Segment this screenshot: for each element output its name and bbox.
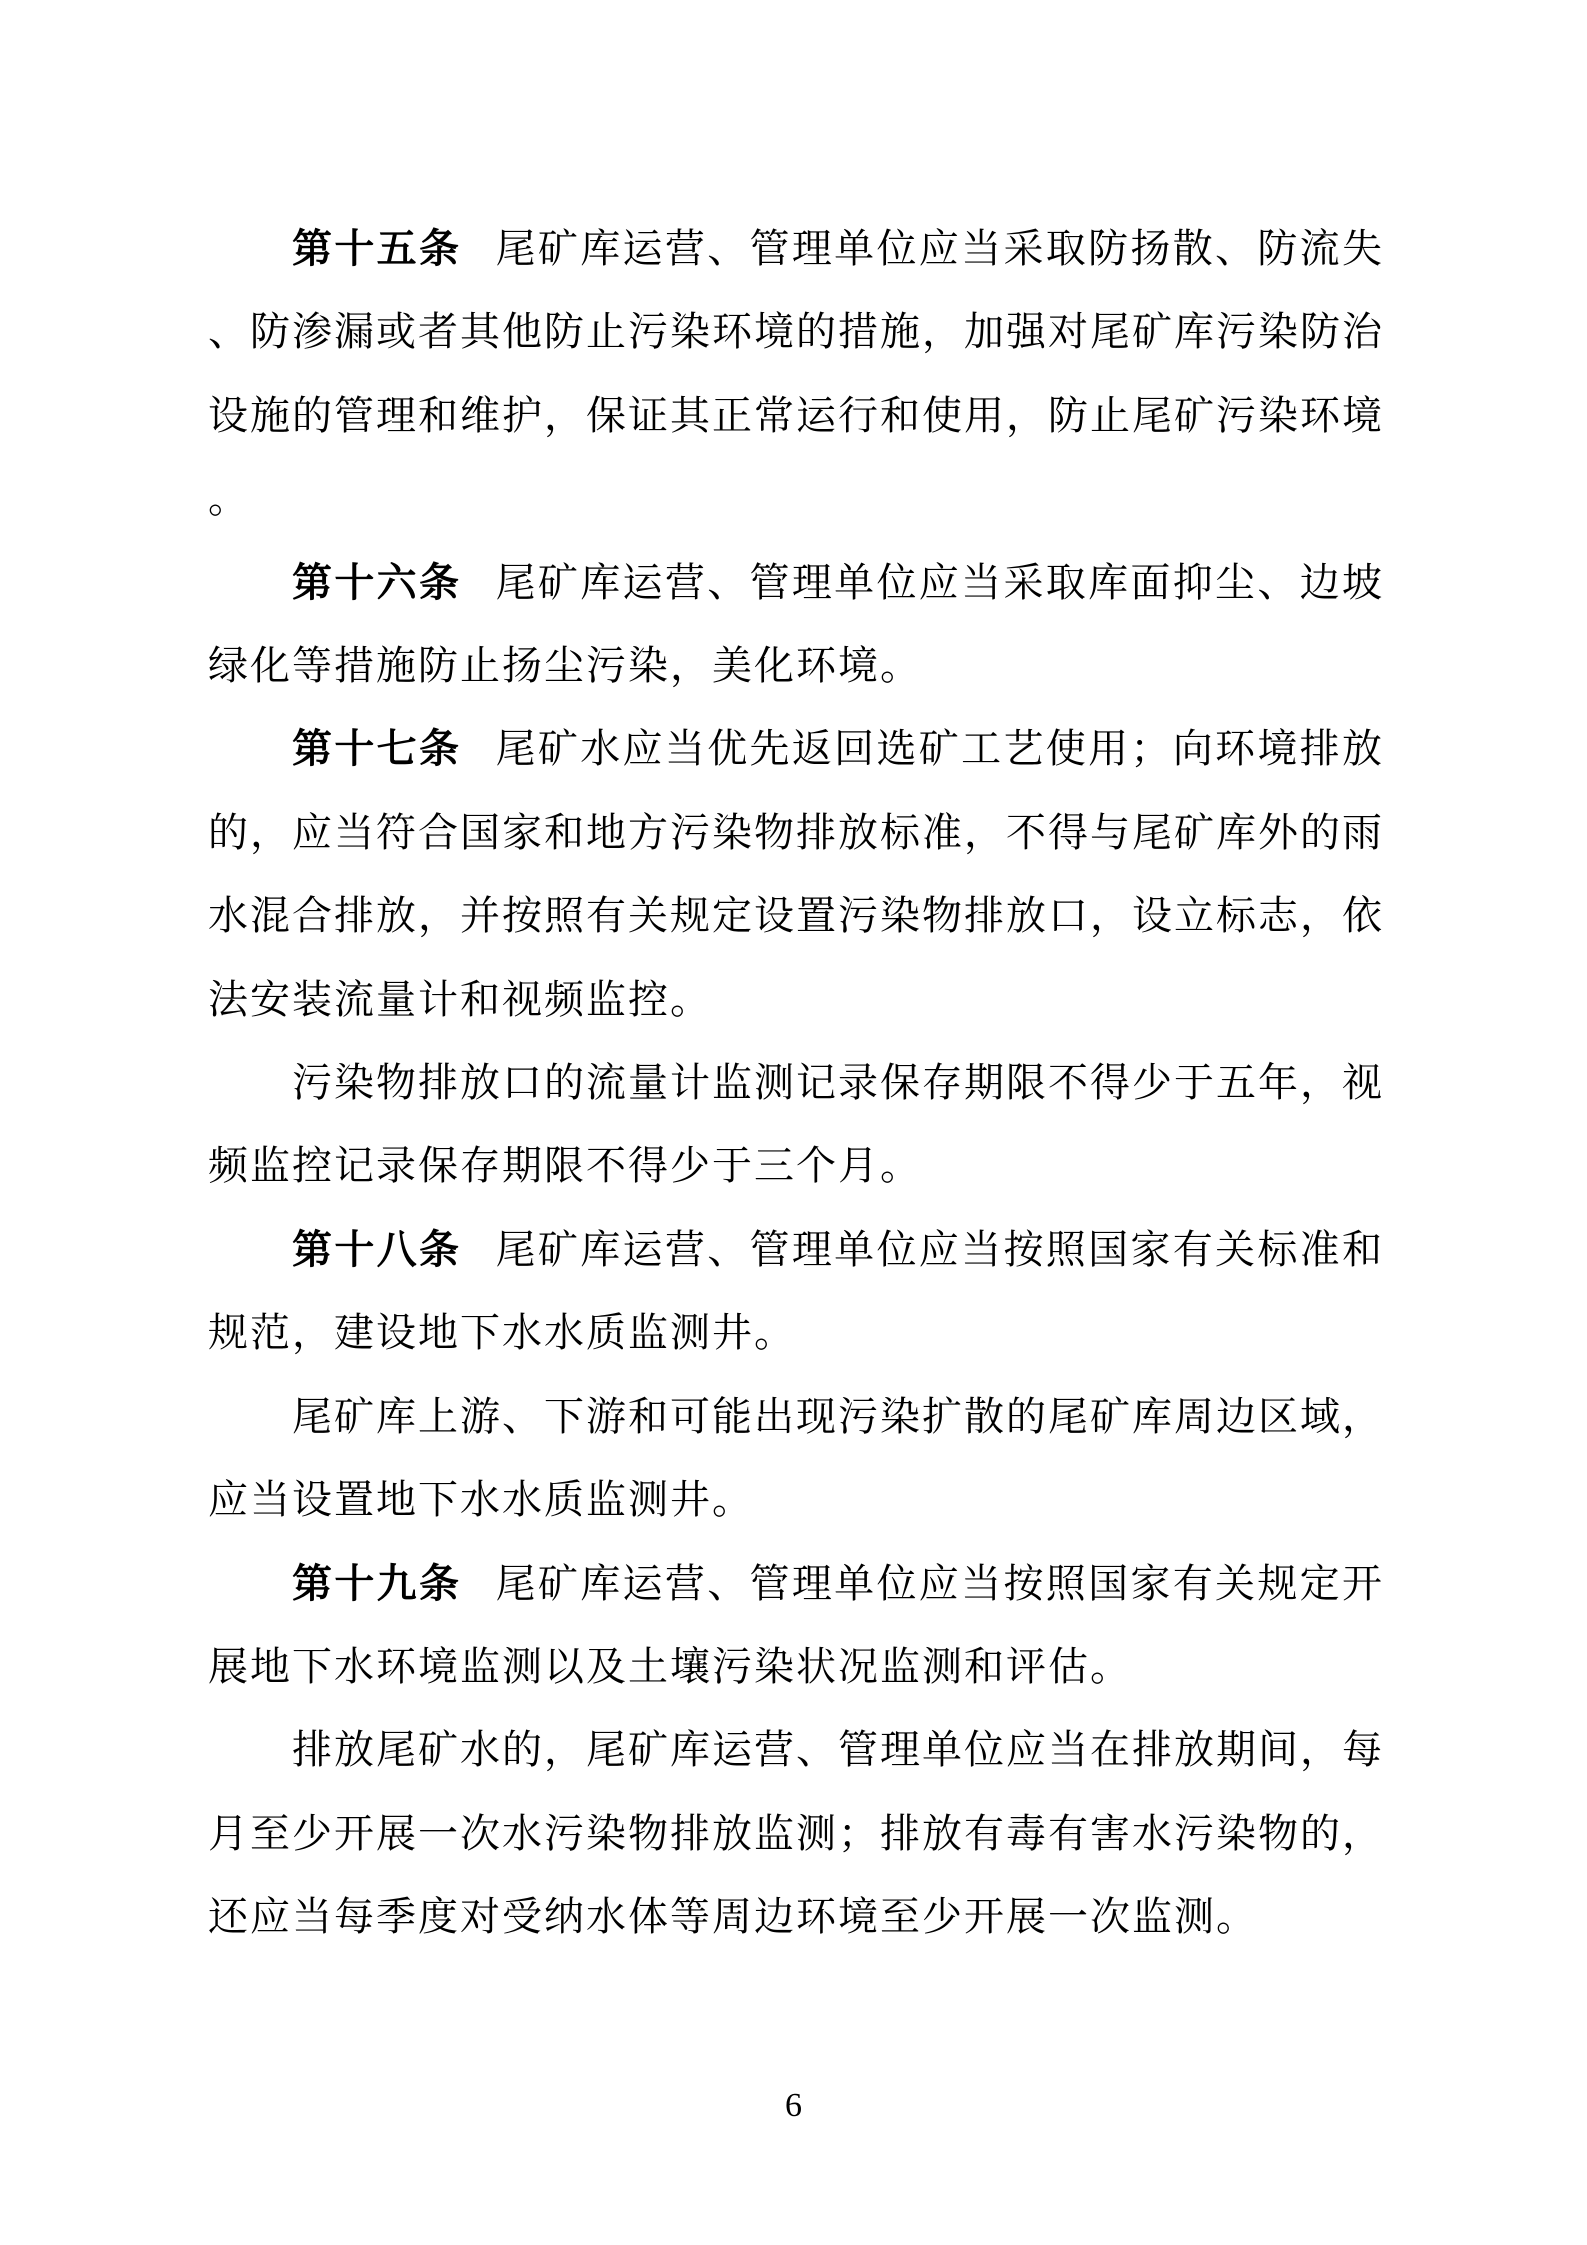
- article-label: 第十九条: [292, 1561, 461, 1607]
- article-19: 第十九条尾矿库运营、管理单位应当按照国家有关规定开展地下水环境监测以及土壤污染状…: [208, 1543, 1384, 1710]
- article-label: 第十八条: [292, 1227, 461, 1273]
- document-body: 第十五条尾矿库运营、管理单位应当采取防扬散、防流失、防渗漏或者其他防止污染环境的…: [208, 208, 1384, 1960]
- article-label: 第十五条: [292, 226, 461, 272]
- paragraph-text: 污染物排放口的流量计监测记录保存期限不得少于五年，视频监控记录保存期限不得少于三…: [208, 1060, 1384, 1189]
- article-15: 第十五条尾矿库运营、管理单位应当采取防扬散、防流失、防渗漏或者其他防止污染环境的…: [208, 208, 1384, 542]
- page-number: 6: [0, 2086, 1587, 2126]
- article-label: 第十七条: [292, 726, 461, 772]
- article-19-paragraph-2: 排放尾矿水的，尾矿库运营、管理单位应当在排放期间，每月至少开展一次水污染物排放监…: [208, 1709, 1384, 1959]
- article-17: 第十七条尾矿水应当优先返回选矿工艺使用；向环境排放的，应当符合国家和地方污染物排…: [208, 708, 1384, 1042]
- article-18: 第十八条尾矿库运营、管理单位应当按照国家有关标准和规范，建设地下水水质监测井。: [208, 1209, 1384, 1376]
- paragraph-text: 排放尾矿水的，尾矿库运营、管理单位应当在排放期间，每月至少开展一次水污染物排放监…: [208, 1727, 1384, 1940]
- article-16: 第十六条尾矿库运营、管理单位应当采取库面抑尘、边坡绿化等措施防止扬尘污染，美化环…: [208, 542, 1384, 709]
- document-page: 第十五条尾矿库运营、管理单位应当采取防扬散、防流失、防渗漏或者其他防止污染环境的…: [0, 0, 1587, 2245]
- article-17-paragraph-2: 污染物排放口的流量计监测记录保存期限不得少于五年，视频监控记录保存期限不得少于三…: [208, 1042, 1384, 1209]
- article-18-paragraph-2: 尾矿库上游、下游和可能出现污染扩散的尾矿库周边区域，应当设置地下水水质监测井。: [208, 1376, 1384, 1543]
- paragraph-text: 尾矿库上游、下游和可能出现污染扩散的尾矿库周边区域，应当设置地下水水质监测井。: [208, 1394, 1384, 1523]
- article-label: 第十六条: [292, 560, 461, 606]
